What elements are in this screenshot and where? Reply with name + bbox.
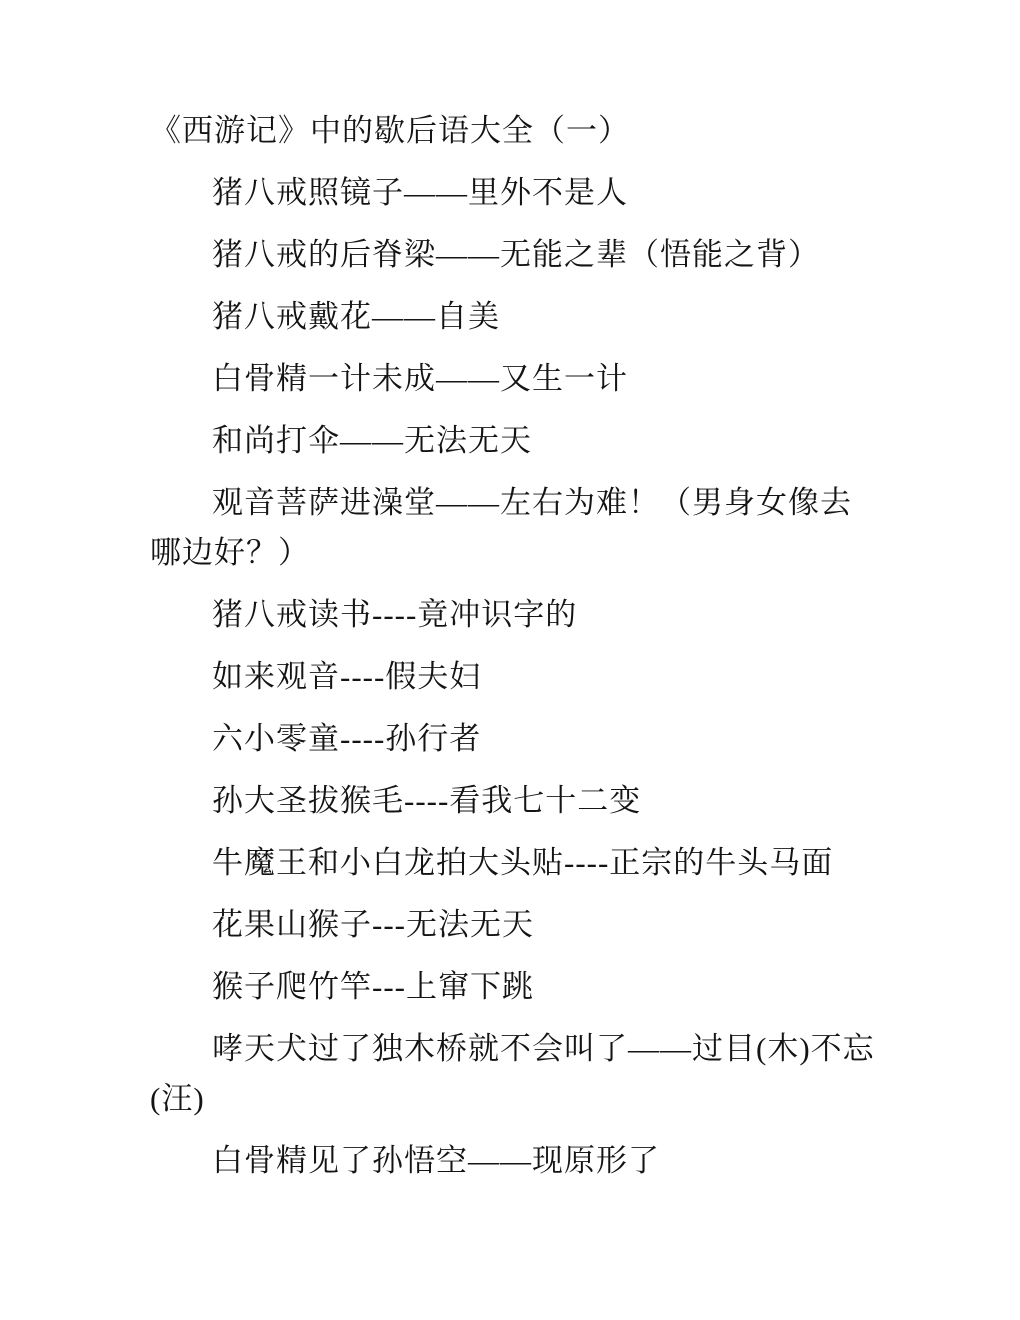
document-title: 《西游记》中的歇后语大全（一） [150, 106, 880, 156]
saying-line: 白骨精见了孙悟空——现原形了 [150, 1136, 880, 1186]
saying-line: 六小零童----孙行者 [150, 714, 880, 764]
saying-line: 猪八戒读书----竟冲识字的 [150, 590, 880, 640]
saying-line: 猪八戒照镜子——里外不是人 [150, 168, 880, 218]
saying-line: 花果山猴子---无法无天 [150, 900, 880, 950]
saying-line: 哮天犬过了独木桥就不会叫了——过目(木)不忘(汪) [150, 1024, 880, 1124]
saying-line: 和尚打伞——无法无天 [150, 416, 880, 466]
saying-line: 牛魔王和小白龙拍大头贴----正宗的牛头马面 [150, 838, 880, 888]
saying-line: 孙大圣拔猴毛----看我七十二变 [150, 776, 880, 826]
saying-line: 如来观音----假夫妇 [150, 652, 880, 702]
saying-line: 猪八戒的后脊梁——无能之辈（悟能之背） [150, 230, 880, 280]
saying-line: 猴子爬竹竿---上窜下跳 [150, 962, 880, 1012]
saying-line: 白骨精一计未成——又生一计 [150, 354, 880, 404]
document-page: 《西游记》中的歇后语大全（一） 猪八戒照镜子——里外不是人 猪八戒的后脊梁——无… [0, 0, 1020, 1320]
saying-line: 观音菩萨进澡堂——左右为难！（男身女像去哪边好？） [150, 478, 880, 578]
saying-line: 猪八戒戴花——自美 [150, 292, 880, 342]
